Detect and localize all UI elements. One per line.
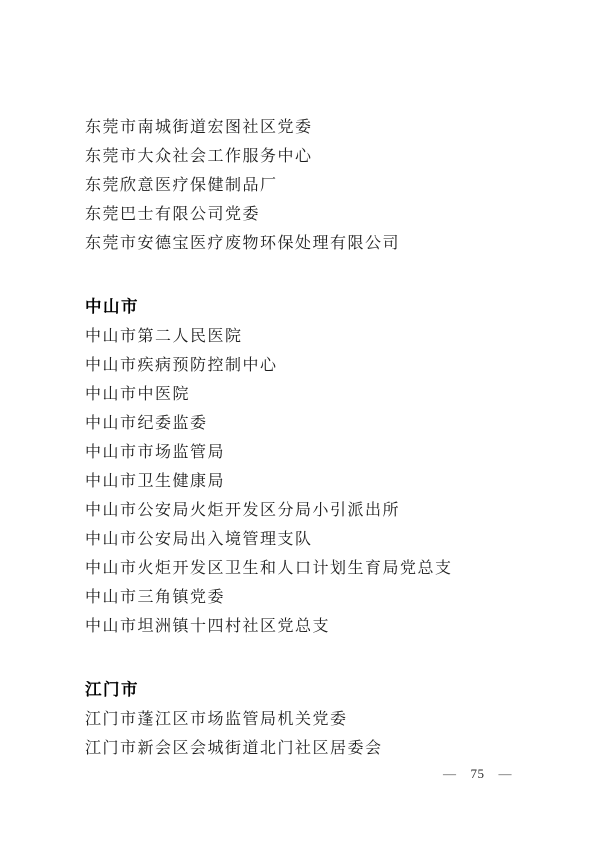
organization-list: 东莞市南城街道宏图社区党委 东莞市大众社会工作服务中心 东莞欣意医疗保健制品厂 … bbox=[85, 113, 572, 763]
list-item: 中山市公安局出入境管理支队 bbox=[85, 525, 572, 554]
section-heading-zhongshan: 中山市 bbox=[85, 293, 572, 322]
list-item: 中山市中医院 bbox=[85, 380, 572, 409]
list-item: 中山市卫生健康局 bbox=[85, 467, 572, 496]
page-number-left-dash: — bbox=[443, 766, 457, 781]
list-item: 江门市新会区会城街道北门社区居委会 bbox=[85, 734, 572, 763]
list-item: 中山市市场监管局 bbox=[85, 438, 572, 467]
list-item: 东莞市安德宝医疗废物环保处理有限公司 bbox=[85, 229, 572, 258]
list-item: 中山市第二人民医院 bbox=[85, 322, 572, 351]
page-number: —75— bbox=[443, 766, 512, 782]
page-number-value: 75 bbox=[471, 766, 485, 781]
section-heading-jiangmen: 江门市 bbox=[85, 676, 572, 705]
list-item: 中山市三角镇党委 bbox=[85, 583, 572, 612]
list-item: 中山市火炬开发区卫生和人口计划生育局党总支 bbox=[85, 554, 572, 583]
list-item: 中山市疾病预防控制中心 bbox=[85, 351, 572, 380]
list-item: 江门市蓬江区市场监管局机关党委 bbox=[85, 705, 572, 734]
list-item: 中山市公安局火炬开发区分局小引派出所 bbox=[85, 496, 572, 525]
document-page: 东莞市南城街道宏图社区党委 东莞市大众社会工作服务中心 东莞欣意医疗保健制品厂 … bbox=[0, 0, 612, 859]
list-item: 中山市坦洲镇十四村社区党总支 bbox=[85, 612, 572, 641]
list-item: 中山市纪委监委 bbox=[85, 409, 572, 438]
page-number-right-dash: — bbox=[499, 766, 513, 781]
list-item: 东莞市大众社会工作服务中心 bbox=[85, 142, 572, 171]
list-item: 东莞市南城街道宏图社区党委 bbox=[85, 113, 572, 142]
list-item: 东莞欣意医疗保健制品厂 bbox=[85, 171, 572, 200]
list-item: 东莞巴士有限公司党委 bbox=[85, 200, 572, 229]
